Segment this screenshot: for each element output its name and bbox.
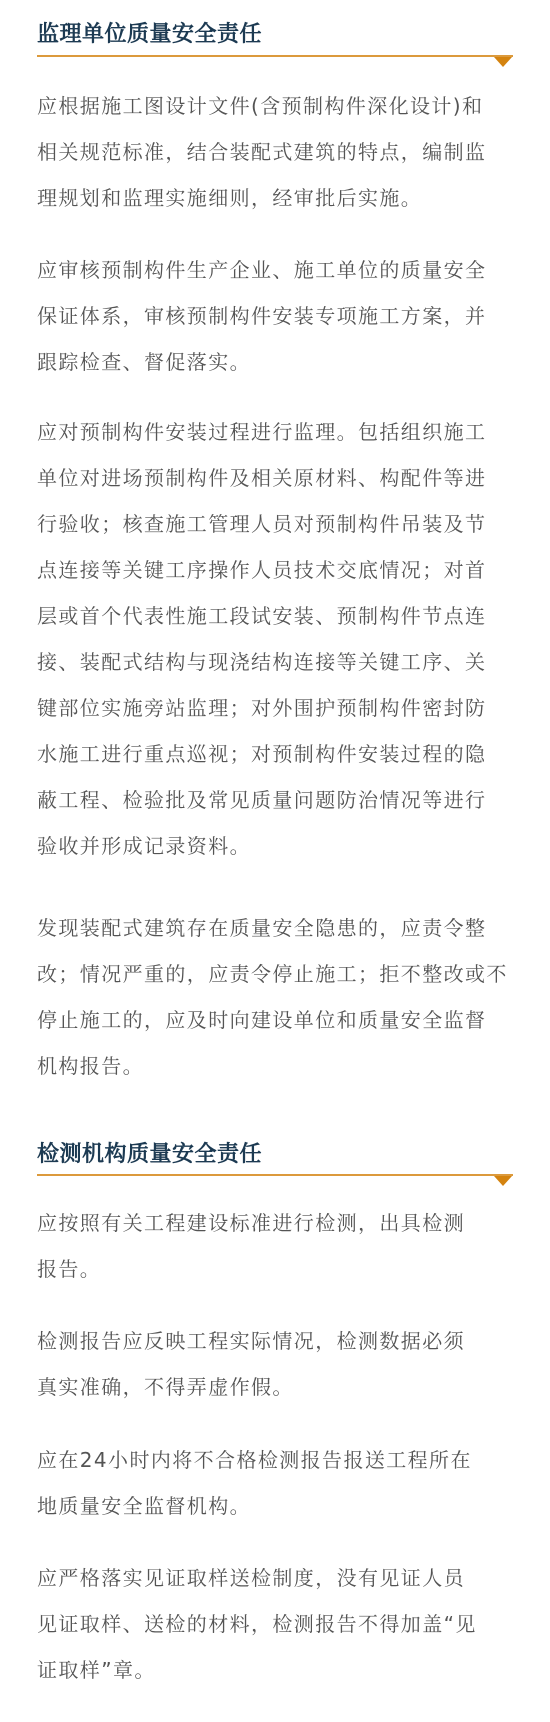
section-header-testing: 检测机构质量安全责任 — [37, 1140, 513, 1168]
text-line: 键部位实施旁站监理；对外围护预制构件密封防 — [37, 685, 527, 731]
text-line: 应对预制构件安装过程进行监理。包括组织施工 — [37, 409, 527, 455]
text-line: 水施工进行重点巡视；对预制构件安装过程的隐 — [37, 731, 527, 777]
text-line: 点连接等关键工序操作人员技术交底情况；对首 — [37, 547, 527, 593]
text-line: 应根据施工图设计文件(含预制构件深化设计)和 — [37, 83, 527, 129]
section-title: 监理单位质量安全责任 — [37, 20, 513, 48]
text-line: 发现装配式建筑存在质量安全隐患的，应责令整 — [37, 905, 527, 951]
paragraph: 检测报告应反映工程实际情况，检测数据必须 真实准确，不得弄虚作假。 — [37, 1318, 527, 1410]
text-line: 应在24小时内将不合格检测报告报送工程所在 — [37, 1437, 527, 1483]
text-line: 理规划和监理实施细则，经审批后实施。 — [37, 175, 527, 221]
section-divider — [37, 55, 513, 57]
text-line: 真实准确，不得弄虚作假。 — [37, 1364, 527, 1410]
text-line: 单位对进场预制构件及相关原材料、构配件等进 — [37, 455, 527, 501]
paragraph: 应对预制构件安装过程进行监理。包括组织施工 单位对进场预制构件及相关原材料、构配… — [37, 409, 527, 869]
section-divider — [37, 1174, 513, 1176]
text-line: 见证取样、送检的材料，检测报告不得加盖“见 — [37, 1601, 527, 1647]
text-line: 证取样”章。 — [37, 1647, 527, 1693]
paragraph: 应审核预制构件生产企业、施工单位的质量安全 保证体系，审核预制构件安装专项施工方… — [37, 247, 527, 385]
paragraph: 应在24小时内将不合格检测报告报送工程所在 地质量安全监督机构。 — [37, 1437, 527, 1529]
text-line: 应按照有关工程建设标准进行检测，出具检测 — [37, 1200, 527, 1246]
text-line: 蔽工程、检验批及常见质量问题防治情况等进行 — [37, 777, 527, 823]
text-line: 验收并形成记录资料。 — [37, 823, 527, 869]
text-line: 机构报告。 — [37, 1043, 527, 1089]
paragraph: 发现装配式建筑存在质量安全隐患的，应责令整 改；情况严重的，应责令停止施工；拒不… — [37, 905, 527, 1089]
paragraph: 应严格落实见证取样送检制度，没有见证人员 见证取样、送检的材料，检测报告不得加盖… — [37, 1555, 527, 1693]
text-line: 检测报告应反映工程实际情况，检测数据必须 — [37, 1318, 527, 1364]
paragraph: 应根据施工图设计文件(含预制构件深化设计)和 相关规范标准，结合装配式建筑的特点… — [37, 83, 527, 221]
text-line: 地质量安全监督机构。 — [37, 1483, 527, 1529]
text-line: 相关规范标准，结合装配式建筑的特点，编制监 — [37, 129, 527, 175]
text-line: 接、装配式结构与现浇结构连接等关键工序、关 — [37, 639, 527, 685]
text-line: 停止施工的，应及时向建设单位和质量安全监督 — [37, 997, 527, 1043]
section-title: 检测机构质量安全责任 — [37, 1140, 513, 1168]
text-line: 应审核预制构件生产企业、施工单位的质量安全 — [37, 247, 527, 293]
triangle-marker-icon — [494, 1176, 512, 1186]
text-line: 应严格落实见证取样送检制度，没有见证人员 — [37, 1555, 527, 1601]
text-line: 跟踪检查、督促落实。 — [37, 339, 527, 385]
text-line: 保证体系，审核预制构件安装专项施工方案，并 — [37, 293, 527, 339]
section-header-supervision: 监理单位质量安全责任 — [37, 20, 513, 48]
text-line: 报告。 — [37, 1246, 527, 1292]
text-line: 行验收；核查施工管理人员对预制构件吊装及节 — [37, 501, 527, 547]
text-line: 改；情况严重的，应责令停止施工；拒不整改或不 — [37, 951, 527, 997]
triangle-marker-icon — [494, 57, 512, 67]
paragraph: 应按照有关工程建设标准进行检测，出具检测 报告。 — [37, 1200, 527, 1292]
text-line: 层或首个代表性施工段试安装、预制构件节点连 — [37, 593, 527, 639]
